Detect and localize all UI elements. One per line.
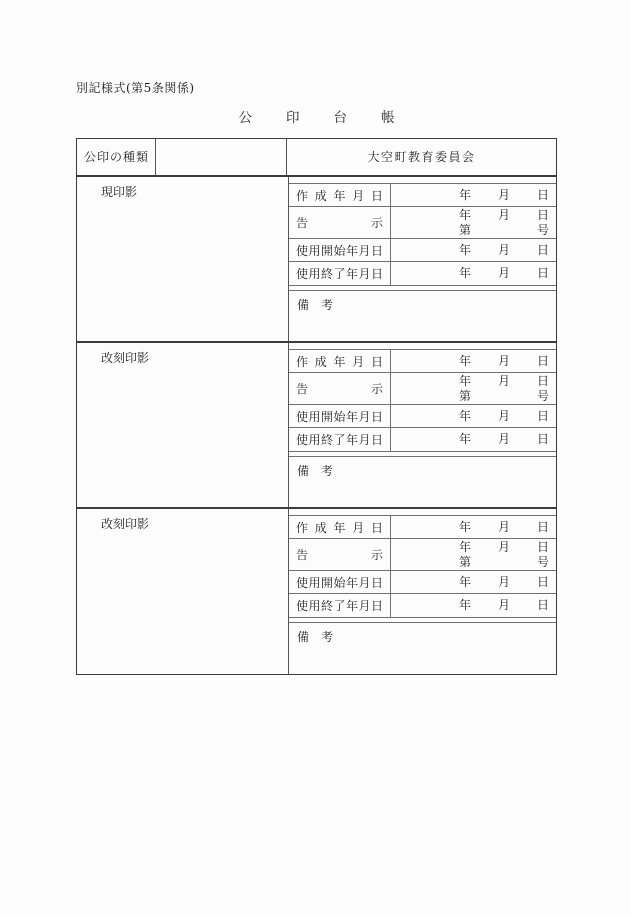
organization-cell: 大空町教育委員会 [287, 139, 556, 175]
month-label: 月 [498, 409, 510, 423]
month-label: 月 [498, 575, 510, 589]
row-notice: 告示 年月日 第号 [289, 207, 556, 239]
number-suffix-label: 号 [537, 555, 549, 569]
use-start-value: 年月日 [391, 405, 556, 427]
number-prefix-label: 第 [459, 389, 471, 403]
seal-impression-cell: 現印影 [77, 177, 289, 341]
table-header-row: 公印の種類 大空町教育委員会 [77, 139, 556, 177]
created-date-value: 年月日 [391, 516, 556, 538]
created-date-label: 作成年月日 [296, 519, 383, 536]
day-label: 日 [537, 598, 549, 612]
number-prefix-label: 第 [459, 223, 471, 237]
seal-detail-column: 作成年月日 年月日 告示 年月日 第号 使用開始年月日 年月日 [289, 509, 556, 674]
row-created-date: 作成年月日 年月日 [289, 183, 556, 207]
created-date-label: 作成年月日 [296, 353, 383, 370]
year-label: 年 [459, 540, 471, 554]
year-label: 年 [459, 575, 471, 589]
year-label: 年 [459, 409, 471, 423]
day-label: 日 [537, 409, 549, 423]
notice-value: 年月日 第号 [391, 539, 556, 570]
month-label: 月 [498, 188, 510, 202]
row-use-end-date: 使用終了年月日 年月日 [289, 594, 556, 618]
seal-impression-cell: 改刻印影 [77, 343, 289, 507]
month-label: 月 [498, 432, 510, 446]
row-notice: 告示 年月日 第号 [289, 539, 556, 571]
seal-type-value-cell [156, 139, 287, 175]
month-label: 月 [498, 243, 510, 257]
day-label: 日 [537, 540, 549, 554]
use-end-label: 使用終了年月日 [296, 597, 383, 614]
seal-register-table: 公印の種類 大空町教育委員会 現印影 作成年月日 年月日 告示 年月日 [76, 138, 557, 675]
month-label: 月 [498, 520, 510, 534]
day-label: 日 [537, 243, 549, 257]
seal-block-reengraved-2: 改刻印影 作成年月日 年月日 告示 年月日 第号 使用開始年月 [77, 509, 556, 674]
day-label: 日 [537, 520, 549, 534]
row-use-end-date: 使用終了年月日 年月日 [289, 428, 556, 452]
created-date-value: 年月日 [391, 184, 556, 206]
year-label: 年 [459, 598, 471, 612]
day-label: 日 [537, 188, 549, 202]
notice-label: 告示 [296, 214, 383, 231]
year-label: 年 [459, 266, 471, 280]
notice-value: 年月日 第号 [391, 373, 556, 404]
use-start-label: 使用開始年月日 [296, 408, 383, 425]
month-label: 月 [498, 354, 510, 368]
created-date-label: 作成年月日 [296, 187, 383, 204]
day-label: 日 [537, 208, 549, 222]
created-date-value: 年月日 [391, 350, 556, 372]
row-created-date: 作成年月日 年月日 [289, 515, 556, 539]
use-start-label: 使用開始年月日 [296, 574, 383, 591]
seal-impression-cell: 改刻印影 [77, 509, 289, 674]
remarks-cell: 備 考 [289, 622, 556, 674]
month-label: 月 [498, 540, 510, 554]
seal-block-current: 現印影 作成年月日 年月日 告示 年月日 第号 使用開始年月日 [77, 177, 556, 343]
number-suffix-label: 号 [537, 223, 549, 237]
use-start-label: 使用開始年月日 [296, 242, 383, 259]
year-label: 年 [459, 520, 471, 534]
year-label: 年 [459, 432, 471, 446]
year-label: 年 [459, 208, 471, 222]
remarks-cell: 備 考 [289, 290, 556, 341]
year-label: 年 [459, 354, 471, 368]
day-label: 日 [537, 575, 549, 589]
row-use-start-date: 使用開始年月日 年月日 [289, 405, 556, 428]
year-label: 年 [459, 243, 471, 257]
seal-impression-label: 改刻印影 [101, 517, 149, 531]
month-label: 月 [498, 374, 510, 388]
use-end-value: 年月日 [391, 428, 556, 451]
seal-impression-label: 改刻印影 [101, 351, 149, 365]
notice-label: 告示 [296, 380, 383, 397]
month-label: 月 [498, 266, 510, 280]
seal-detail-column: 作成年月日 年月日 告示 年月日 第号 使用開始年月日 年月日 [289, 343, 556, 507]
seal-block-reengraved-1: 改刻印影 作成年月日 年月日 告示 年月日 第号 使用開始年月 [77, 343, 556, 509]
number-suffix-label: 号 [537, 389, 549, 403]
day-label: 日 [537, 432, 549, 446]
day-label: 日 [537, 266, 549, 280]
row-use-start-date: 使用開始年月日 年月日 [289, 239, 556, 262]
year-label: 年 [459, 374, 471, 388]
use-end-value: 年月日 [391, 594, 556, 617]
row-created-date: 作成年月日 年月日 [289, 349, 556, 373]
day-label: 日 [537, 374, 549, 388]
number-prefix-label: 第 [459, 555, 471, 569]
seal-impression-label: 現印影 [101, 185, 137, 199]
notice-label: 告示 [296, 546, 383, 563]
use-end-label: 使用終了年月日 [296, 431, 383, 448]
document-page: 別記様式(第5条関係) 公印台帳 公印の種類 大空町教育委員会 現印影 作成年月… [0, 0, 630, 915]
row-use-end-date: 使用終了年月日 年月日 [289, 262, 556, 286]
form-reference-note: 別記様式(第5条関係) [76, 81, 195, 95]
seal-type-label-cell: 公印の種類 [77, 139, 156, 175]
use-end-value: 年月日 [391, 262, 556, 285]
use-start-value: 年月日 [391, 571, 556, 593]
notice-value: 年月日 第号 [391, 207, 556, 238]
month-label: 月 [498, 598, 510, 612]
year-label: 年 [459, 188, 471, 202]
seal-detail-column: 作成年月日 年月日 告示 年月日 第号 使用開始年月日 年月日 [289, 177, 556, 341]
day-label: 日 [537, 354, 549, 368]
use-start-value: 年月日 [391, 239, 556, 261]
row-notice: 告示 年月日 第号 [289, 373, 556, 405]
remarks-cell: 備 考 [289, 456, 556, 507]
use-end-label: 使用終了年月日 [296, 265, 383, 282]
row-use-start-date: 使用開始年月日 年月日 [289, 571, 556, 594]
document-title: 公印台帳 [76, 110, 557, 126]
month-label: 月 [498, 208, 510, 222]
